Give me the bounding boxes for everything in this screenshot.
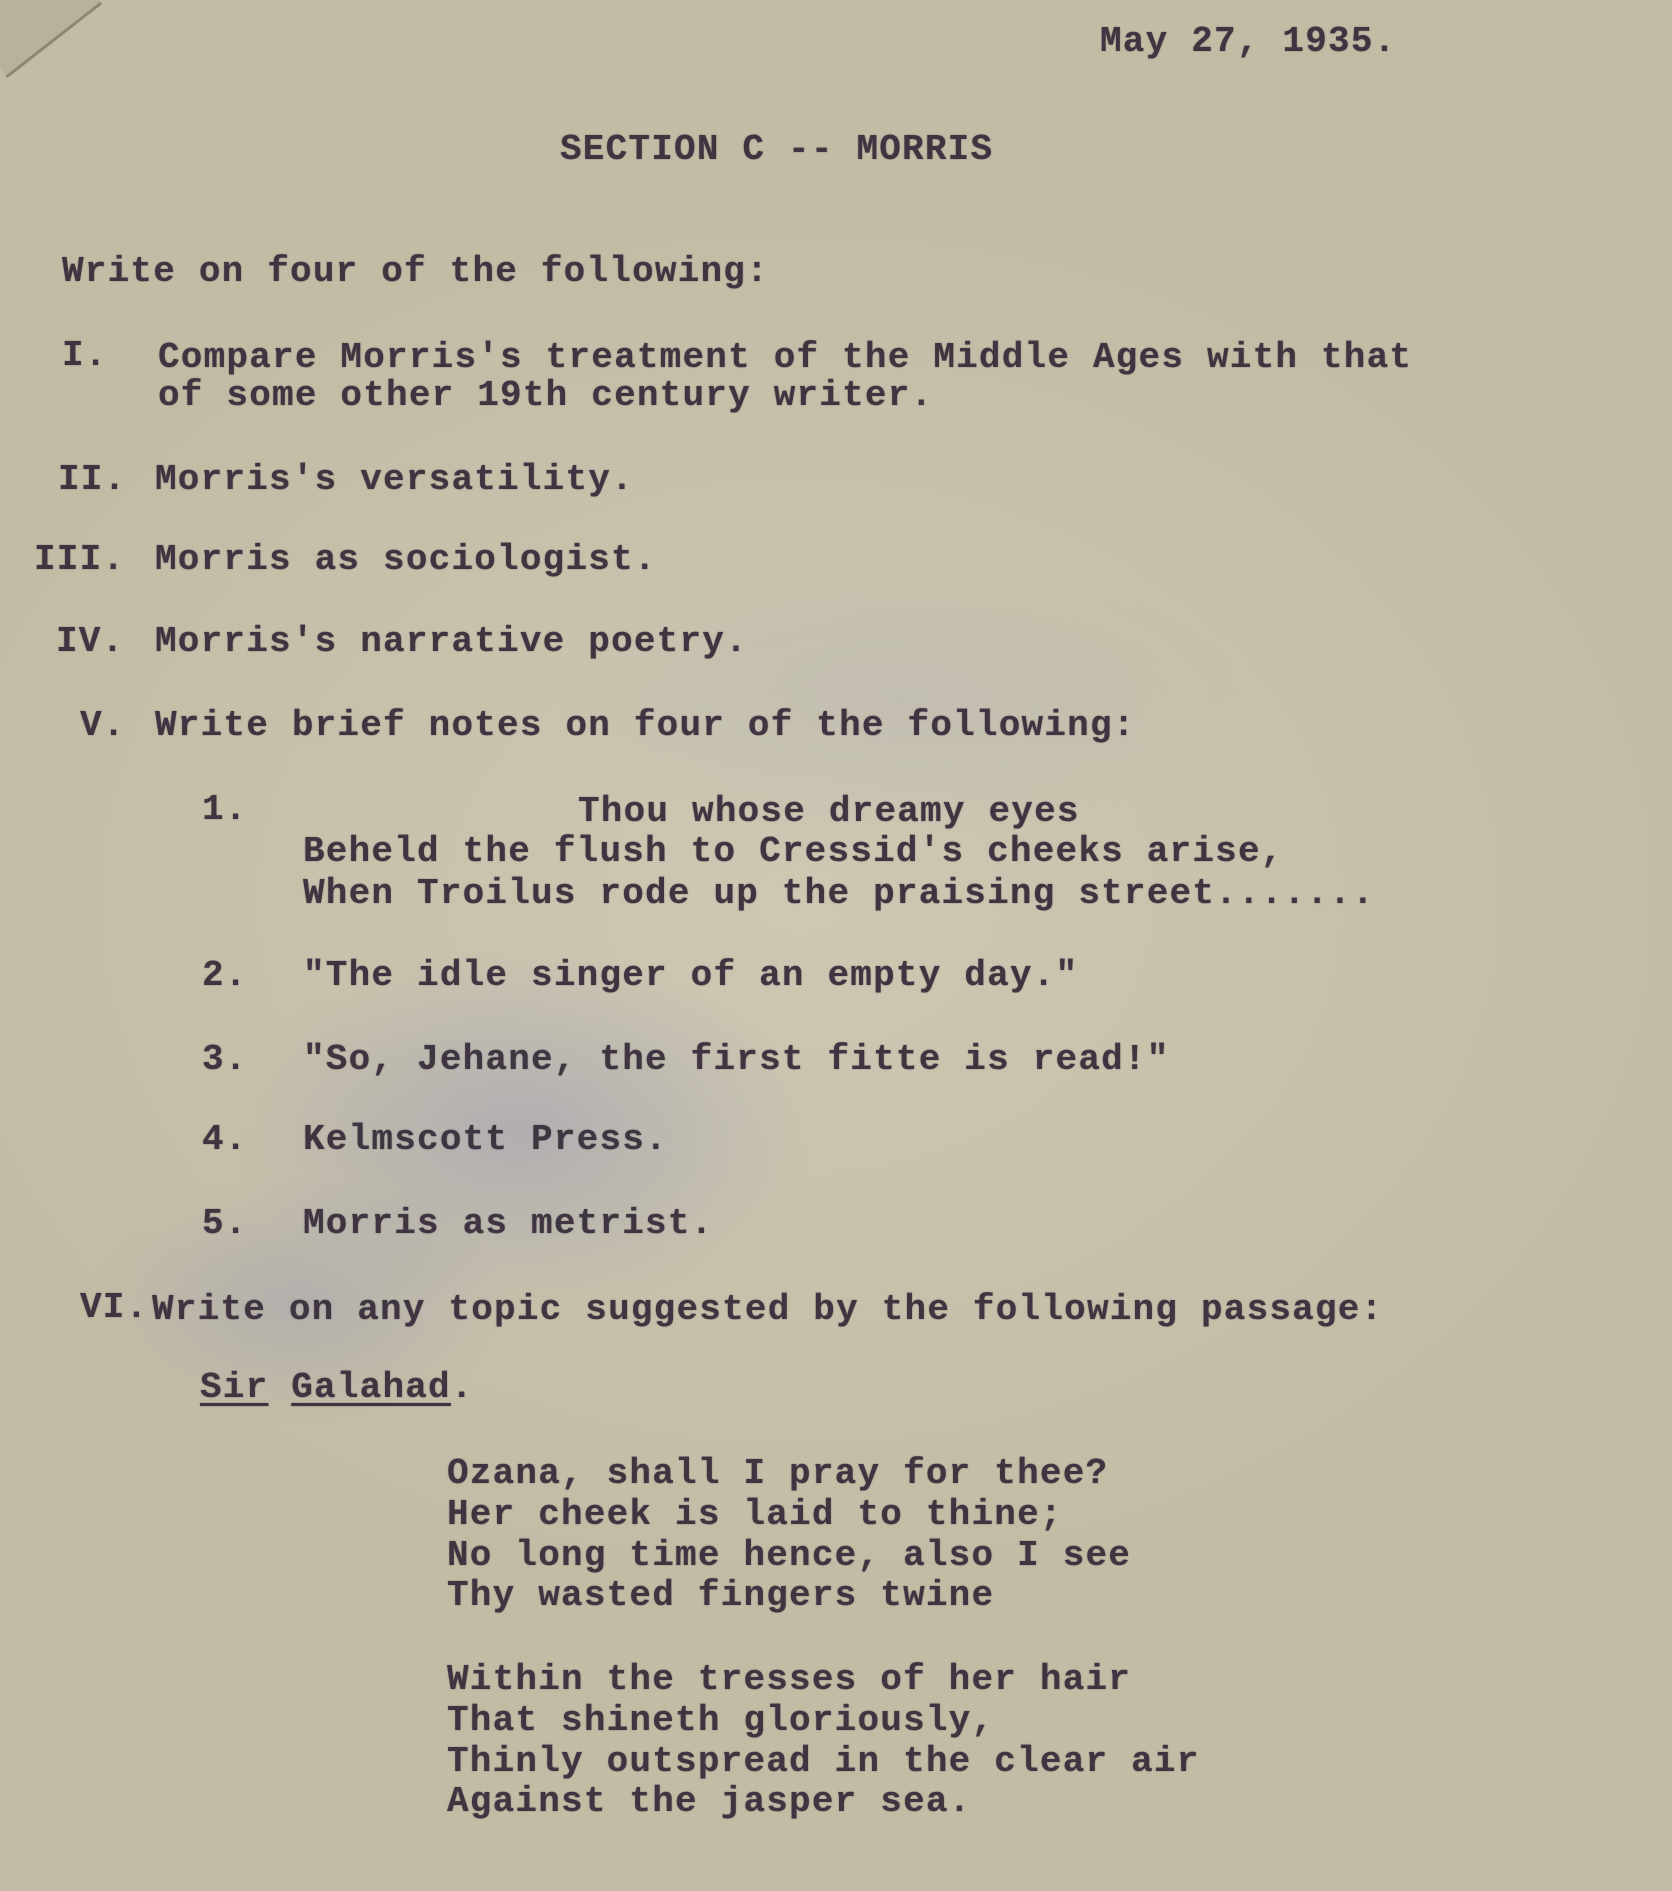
- note-number: 5.: [202, 1204, 248, 1244]
- poem-title-word: Sir: [200, 1367, 268, 1408]
- question-numeral: III.: [34, 540, 125, 580]
- note-quote-line: When Troilus rode up the praising street…: [303, 874, 1375, 914]
- question-text: Write brief notes on four of the followi…: [155, 706, 1136, 746]
- question-text: of some other 19th century writer.: [158, 376, 933, 416]
- poem-line: Her cheek is laid to thine;: [447, 1495, 1063, 1535]
- note-text: Kelmscott Press.: [303, 1120, 668, 1160]
- question-text: Write on any topic suggested by the foll…: [152, 1290, 1383, 1330]
- question-numeral: IV.: [56, 622, 124, 662]
- poem-line: Within the tresses of her hair: [447, 1660, 1131, 1700]
- note-number: 3.: [202, 1040, 248, 1080]
- poem-line: Thinly outspread in the clear air: [447, 1742, 1200, 1782]
- section-title: SECTION C -- MORRIS: [560, 130, 993, 170]
- poem-line: No long time hence, also I see: [447, 1536, 1131, 1576]
- question-numeral: V.: [80, 706, 126, 746]
- poem-line: Ozana, shall I pray for thee?: [447, 1454, 1108, 1494]
- poem-line: Against the jasper sea.: [447, 1782, 971, 1822]
- question-text: Compare Morris's treatment of the Middle…: [158, 338, 1412, 378]
- poem-title-word: Galahad: [291, 1367, 451, 1408]
- poem-line: That shineth gloriously,: [447, 1701, 994, 1741]
- question-numeral: VI.: [80, 1288, 148, 1328]
- note-number: 4.: [202, 1120, 248, 1160]
- note-text: "The idle singer of an empty day.": [303, 956, 1078, 996]
- note-quote-line: Beheld the flush to Cressid's cheeks ari…: [303, 832, 1284, 872]
- document-date: May 27, 1935.: [1100, 22, 1396, 62]
- question-text: Morris's narrative poetry.: [155, 622, 748, 662]
- question-numeral: II.: [58, 460, 126, 500]
- note-text: "So, Jehane, the first fitte is read!": [303, 1040, 1170, 1080]
- question-text: Morris as sociologist.: [155, 540, 657, 580]
- note-number: 1.: [202, 790, 248, 830]
- question-numeral: I.: [62, 336, 108, 376]
- note-text: Morris as metrist.: [303, 1204, 713, 1244]
- note-number: 2.: [202, 956, 248, 996]
- note-quote-line: Thou whose dreamy eyes: [578, 792, 1080, 832]
- page-corner-fold: [0, 0, 102, 78]
- instruction: Write on four of the following:: [62, 252, 769, 292]
- poem-title: Sir Galahad.: [200, 1368, 474, 1408]
- question-text: Morris's versatility.: [155, 460, 634, 500]
- poem-line: Thy wasted fingers twine: [447, 1576, 994, 1616]
- poem-title-period: .: [451, 1367, 474, 1408]
